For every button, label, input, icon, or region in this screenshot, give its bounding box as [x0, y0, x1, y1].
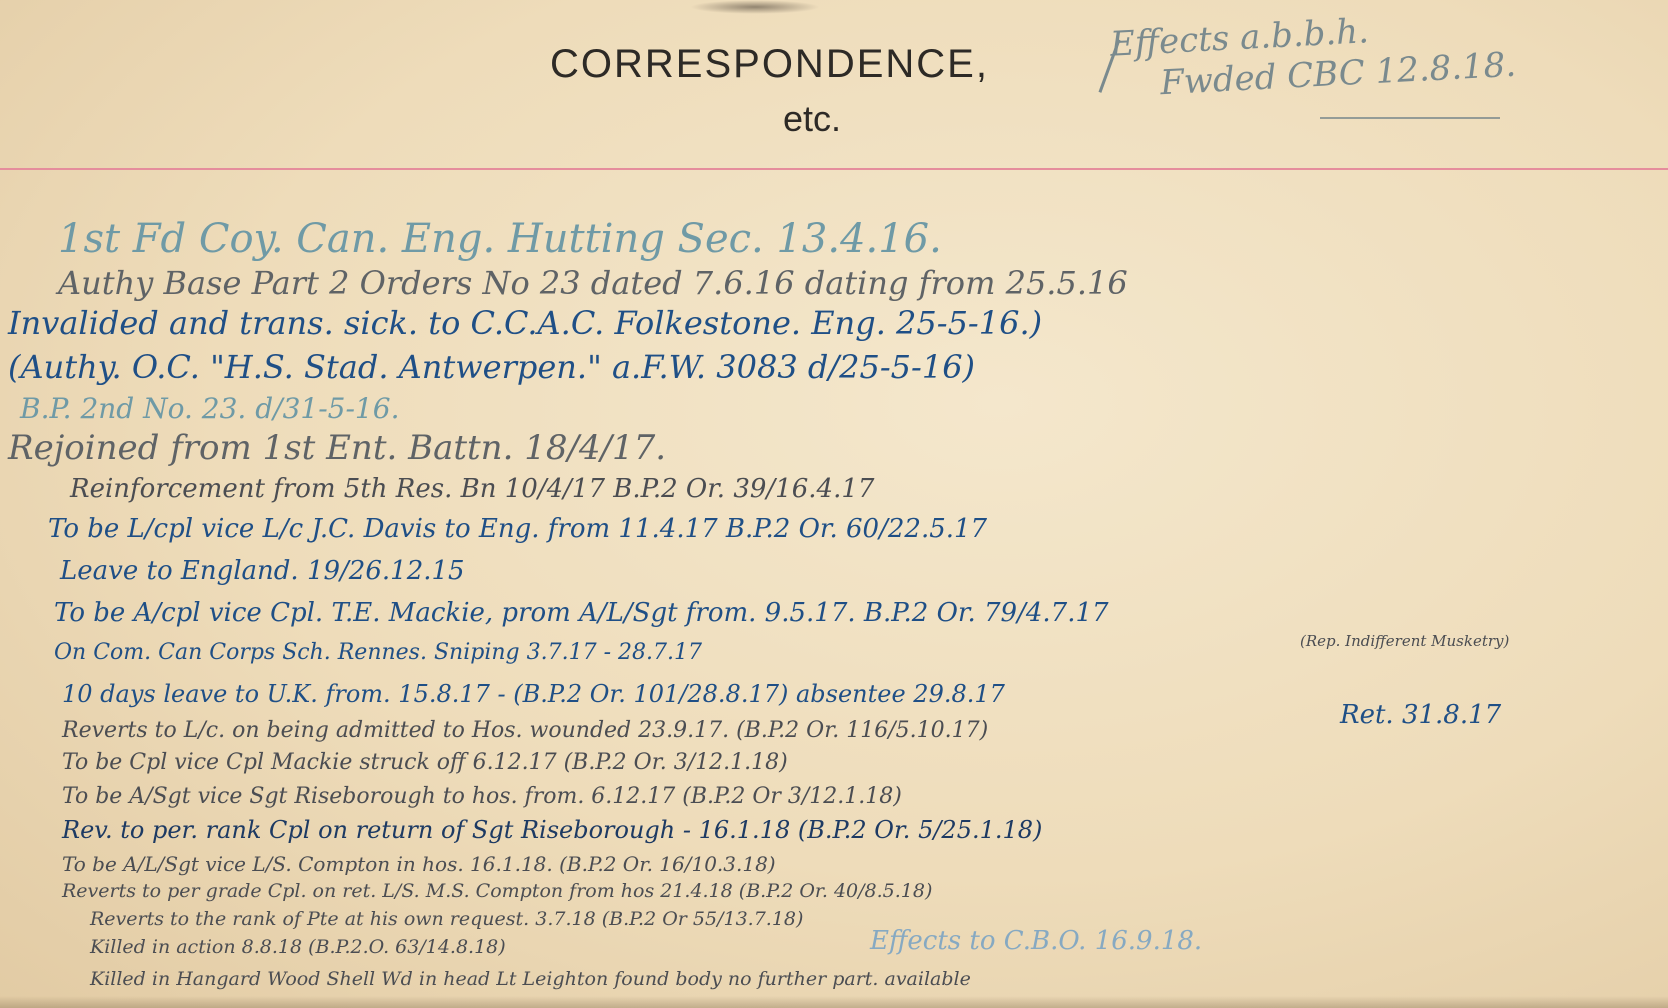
card-heading: CORRESPONDENCE, [550, 42, 989, 87]
entry-annotation: Ret. 31.8.17 [1340, 700, 1501, 730]
entry-line: Killed in action 8.8.18 (B.P.2.O. 63/14.… [90, 936, 506, 958]
entry-line: 1st Fd Coy. Can. Eng. Hutting Sec. 13.4.… [58, 216, 942, 262]
entry-line: Rev. to per. rank Cpl on return of Sgt R… [62, 816, 1042, 844]
entry-line: Reverts to the rank of Pte at his own re… [90, 908, 803, 930]
entry-line: Reverts to per grade Cpl. on ret. L/S. M… [62, 880, 932, 902]
entry-line: Reinforcement from 5th Res. Bn 10/4/17 B… [70, 474, 874, 504]
entry-line: To be A/Sgt vice Sgt Riseborough to hos.… [62, 784, 902, 809]
entry-line: Rejoined from 1st Ent. Battn. 18/4/17. [8, 428, 666, 468]
entry-line: To be Cpl vice Cpl Mackie struck off 6.1… [62, 750, 788, 775]
card-heading-sub: etc. [783, 98, 841, 140]
entry-line: Killed in Hangard Wood Shell Wd in head … [90, 968, 971, 990]
entry-line: To be A/cpl vice Cpl. T.E. Mackie, prom … [54, 598, 1109, 628]
ink-underline [1320, 117, 1500, 119]
red-header-rule [0, 168, 1668, 170]
entry-line: (Authy. O.C. "H.S. Stad. Antwerpen." a.F… [8, 348, 975, 386]
entry-line: 10 days leave to U.K. from. 15.8.17 - (B… [62, 680, 1005, 708]
entry-annotation: (Rep. Indifferent Musketry) [1300, 632, 1509, 650]
entry-line: To be A/L/Sgt vice L/S. Compton in hos. … [62, 852, 776, 876]
correspondence-card: CORRESPONDENCE, etc. Effects a.b.b.h. Fw… [0, 0, 1668, 1008]
entry-annotation: Effects to C.B.O. 16.9.18. [870, 926, 1202, 956]
entry-line: B.P. 2nd No. 23. d/31-5-16. [20, 392, 399, 425]
stain-mark [690, 0, 820, 14]
entry-line: On Com. Can Corps Sch. Rennes. Sniping 3… [54, 640, 702, 665]
entry-line: To be L/cpl vice L/c J.C. Davis to Eng. … [48, 514, 987, 544]
entry-line: Reverts to L/c. on being admitted to Hos… [62, 718, 988, 743]
entry-line: Authy Base Part 2 Orders No 23 dated 7.6… [58, 264, 1128, 302]
entry-line: Invalided and trans. sick. to C.C.A.C. F… [8, 304, 1042, 342]
entry-line: Leave to England. 19/26.12.15 [60, 556, 465, 586]
